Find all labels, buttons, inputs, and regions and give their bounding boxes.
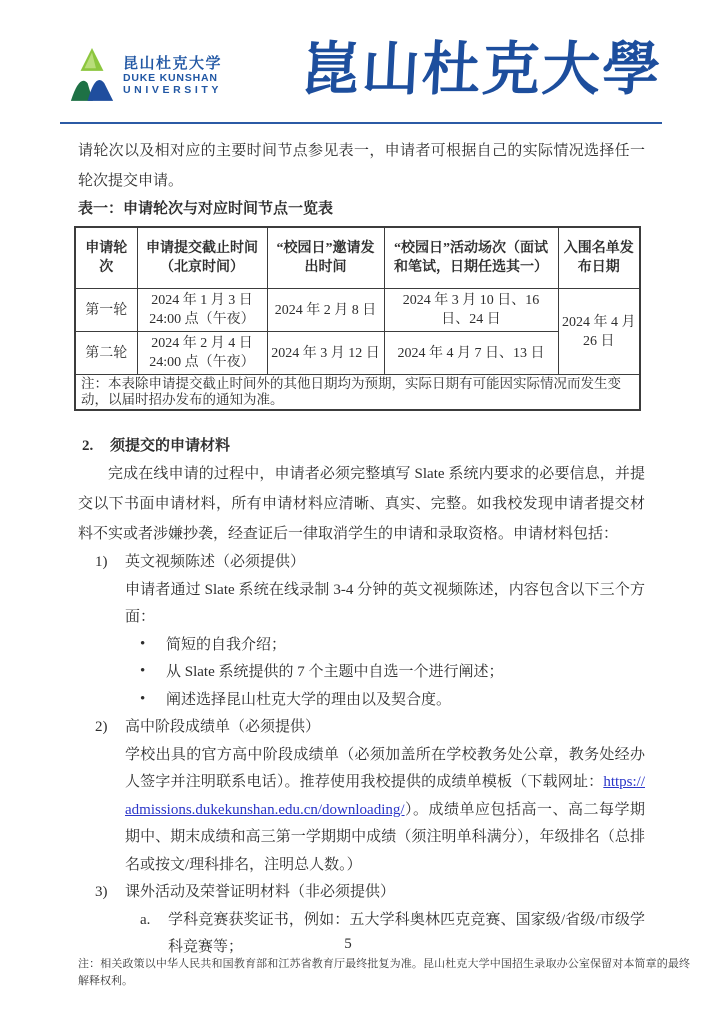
list-item-3-heading: 3) 课外活动及荣誉证明材料（非必须提供） bbox=[78, 879, 645, 907]
page-number: 5 bbox=[0, 934, 696, 954]
table-row: 第一轮 2024 年 1 月 3 日 24:00 点（午夜） 2024 年 2 … bbox=[75, 289, 640, 332]
table-note: 注：本表除申请提交截止时间外的其他日期均为预期，实际日期有可能因实际情况而发生变… bbox=[75, 375, 640, 411]
calligraphy-title: 崑山杜克大學 bbox=[300, 38, 663, 102]
mountain-logo-icon bbox=[70, 46, 114, 102]
footnote: 注：相关政策以中华人民共和国教育部和江苏省教育厅最终批复为准。昆山杜克大学中国招… bbox=[78, 956, 690, 990]
list-item-2-title: 高中阶段成绩单（必须提供） bbox=[125, 719, 320, 735]
round-2-label: 第二轮 bbox=[75, 332, 137, 375]
bullet-text: 从 Slate 系统提供的 7 个主题中自选一个进行阐述； bbox=[166, 664, 504, 680]
list-item-1-number: 1) bbox=[95, 549, 108, 577]
section-2-title: 须提交的申请材料 bbox=[110, 438, 230, 454]
list-item-1-title: 英文视频陈述（必须提供） bbox=[125, 554, 305, 570]
table-note-row: 注：本表除申请提交截止时间外的其他日期均为预期，实际日期有可能因实际情况而发生变… bbox=[75, 375, 640, 411]
logo-wordmark: 昆山杜克大学 DUKE KUNSHAN UNIVERSITY bbox=[123, 55, 222, 96]
page-header: 昆山杜克大学 DUKE KUNSHAN UNIVERSITY 崑山杜克大學 bbox=[0, 0, 720, 102]
bullet-item: • 简短的自我介绍； bbox=[78, 632, 645, 660]
logo-en-name-line1: DUKE KUNSHAN bbox=[123, 72, 222, 84]
table-caption: 表一：申请轮次与对应时间节点一览表 bbox=[78, 198, 645, 220]
bullet-icon: • bbox=[140, 658, 145, 686]
col-header-shortlist: 入围名单发布日期 bbox=[558, 227, 640, 289]
document-page: 昆山杜克大学 DUKE KUNSHAN UNIVERSITY 崑山杜克大學 请轮… bbox=[0, 0, 720, 1018]
intro-paragraph: 请轮次以及相对应的主要时间节点参见表一，申请者可根据自己的实际情况选择任一轮次提… bbox=[78, 136, 645, 196]
section-2-intro: 完成在线申请的过程中，申请者必须完整填写 Slate 系统内要求的必要信息，并提… bbox=[78, 459, 645, 549]
header-divider bbox=[60, 122, 662, 124]
materials-list: 1) 英文视频陈述（必须提供） 申请者通过 Slate 系统在线录制 3-4 分… bbox=[78, 549, 645, 962]
round-2-invite: 2024 年 3 月 12 日 bbox=[267, 332, 384, 375]
round-2-sessions: 2024 年 4 月 7 日、13 日 bbox=[384, 332, 558, 375]
col-header-deadline: 申请提交截止时间（北京时间） bbox=[137, 227, 267, 289]
section-2-number: 2. bbox=[82, 437, 110, 455]
logo-cn-name: 昆山杜克大学 bbox=[123, 55, 222, 72]
shortlist-date: 2024 年 4 月 26 日 bbox=[558, 289, 640, 375]
col-header-invite: “校园日”邀请发出时间 bbox=[267, 227, 384, 289]
list-item-2-paragraph: 学校出具的官方高中阶段成绩单（必须加盖所在学校教务处公章，教务处经办人签字并注明… bbox=[125, 742, 645, 880]
paragraph-text-before-link: 学校出具的官方高中阶段成绩单（必须加盖所在学校教务处公章，教务处经办人签字并注明… bbox=[125, 747, 645, 791]
section-2-heading: 2.须提交的申请材料 bbox=[78, 437, 645, 455]
list-item-2-heading: 2) 高中阶段成绩单（必须提供） bbox=[78, 714, 645, 742]
round-1-invite: 2024 年 2 月 8 日 bbox=[267, 289, 384, 332]
col-header-sessions: “校园日”活动场次（面试和笔试，日期任选其一） bbox=[384, 227, 558, 289]
sub-item-a-label: a. bbox=[140, 907, 150, 935]
table-row: 第二轮 2024 年 2 月 4 日 24:00 点（午夜） 2024 年 3 … bbox=[75, 332, 640, 375]
table-header-row: 申请轮次 申请提交截止时间（北京时间） “校园日”邀请发出时间 “校园日”活动场… bbox=[75, 227, 640, 289]
round-1-sessions: 2024 年 3 月 10 日、16 日、24 日 bbox=[384, 289, 558, 332]
list-item-3-title: 课外活动及荣誉证明材料（非必须提供） bbox=[125, 884, 395, 900]
list-item-3-number: 3) bbox=[95, 879, 108, 907]
list-item-1-paragraph: 申请者通过 Slate 系统在线录制 3-4 分钟的英文视频陈述，内容包含以下三… bbox=[125, 577, 645, 632]
round-2-deadline: 2024 年 2 月 4 日 24:00 点（午夜） bbox=[137, 332, 267, 375]
dku-logo: 昆山杜克大学 DUKE KUNSHAN UNIVERSITY bbox=[70, 46, 222, 102]
bullet-icon: • bbox=[140, 631, 145, 659]
document-body: 请轮次以及相对应的主要时间节点参见表一，申请者可根据自己的实际情况选择任一轮次提… bbox=[0, 136, 720, 962]
logo-en-name-line2: UNIVERSITY bbox=[123, 84, 222, 96]
bullet-text: 简短的自我介绍； bbox=[166, 637, 286, 653]
col-header-round: 申请轮次 bbox=[75, 227, 137, 289]
bullet-text: 阐述选择昆山杜克大学的理由以及契合度。 bbox=[166, 692, 451, 708]
bullet-item: • 从 Slate 系统提供的 7 个主题中自选一个进行阐述； bbox=[78, 659, 645, 687]
list-item-2-number: 2) bbox=[95, 714, 108, 742]
application-rounds-table: 申请轮次 申请提交截止时间（北京时间） “校园日”邀请发出时间 “校园日”活动场… bbox=[74, 226, 641, 411]
bullet-item: • 阐述选择昆山杜克大学的理由以及契合度。 bbox=[78, 687, 645, 715]
round-1-deadline: 2024 年 1 月 3 日 24:00 点（午夜） bbox=[137, 289, 267, 332]
list-item-1-heading: 1) 英文视频陈述（必须提供） bbox=[78, 549, 645, 577]
round-1-label: 第一轮 bbox=[75, 289, 137, 332]
bullet-icon: • bbox=[140, 686, 145, 714]
